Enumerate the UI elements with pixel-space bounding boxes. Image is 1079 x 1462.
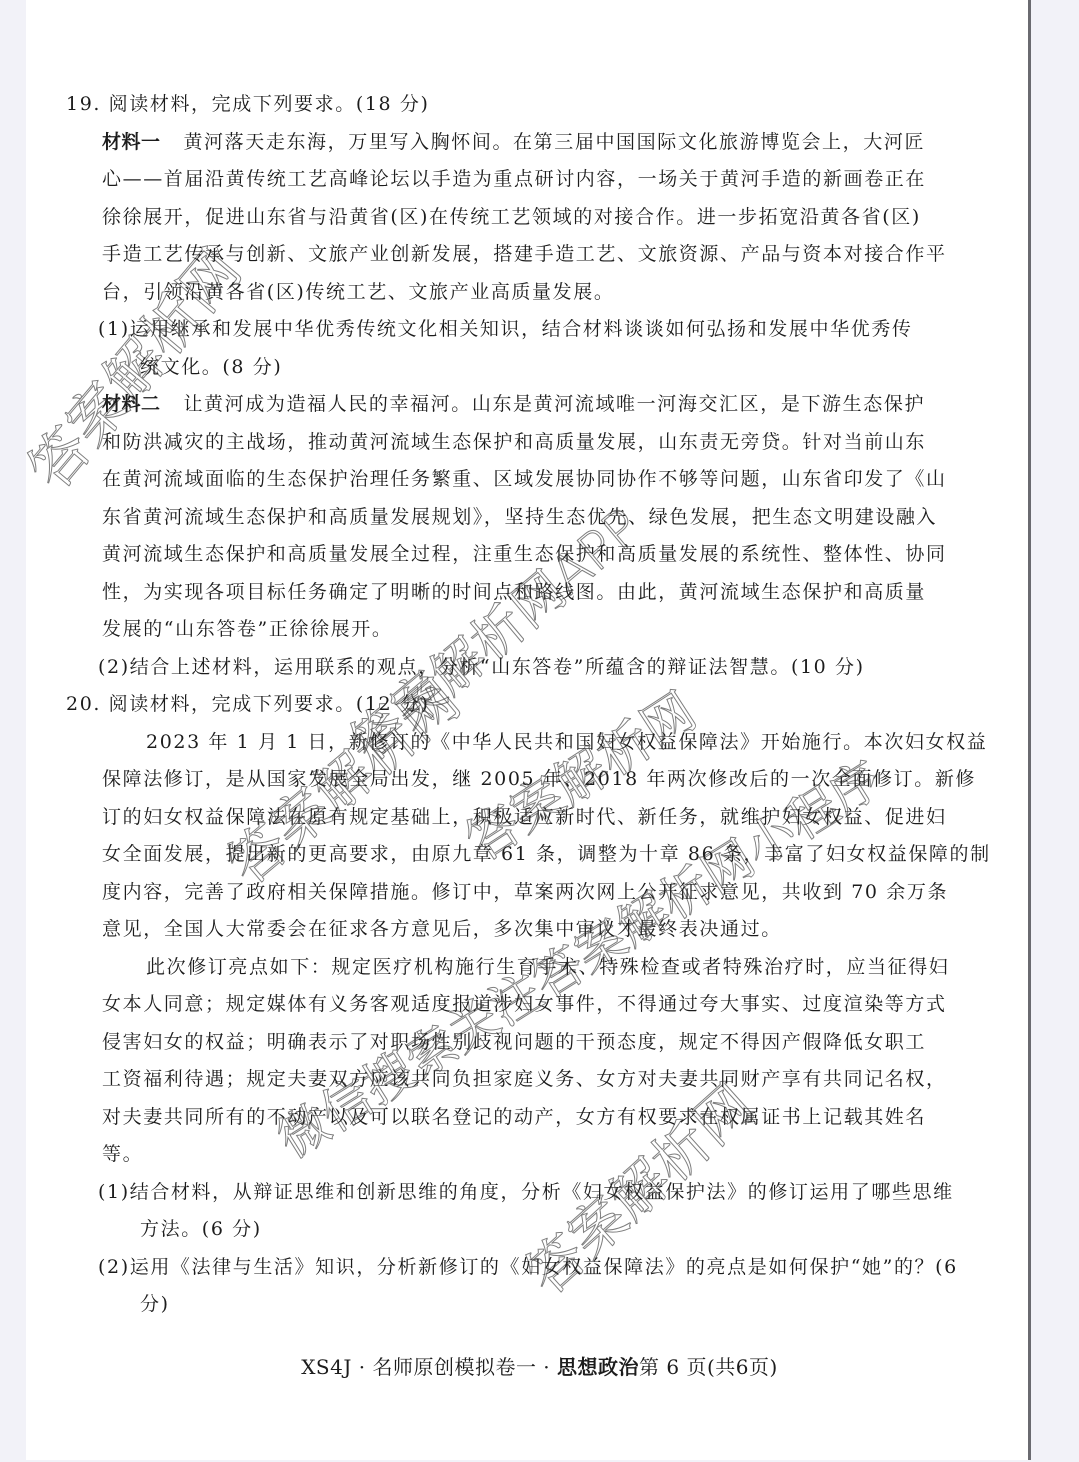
exam-series: 名师原创模拟卷一 xyxy=(372,1355,536,1379)
material-2-line: 发展的“山东答卷”正徐徐展开。 xyxy=(102,611,974,649)
question-20-sub-1: (1)结合材料，从辩证思维和创新思维的角度，分析《妇女权益保护法》的修订运用了哪… xyxy=(74,1174,974,1249)
exam-subject: 思想政治 xyxy=(557,1355,639,1379)
material-2-line: 在黄河流域面临的生态保护治理任务繁重、区域发展协同协作不够等问题，山东省印发了《… xyxy=(102,461,974,499)
question-20-paragraph-1: 2023 年 1 月 1 日，新修订的《中华人民共和国妇女权益保障法》开始施行。… xyxy=(74,724,974,949)
material-1: 材料一 黄河落天走东海，万里写入胸怀间。在第三届中国国际文化旅游博览会上，大河匠… xyxy=(74,124,974,312)
question-19: 19. 阅读材料，完成下列要求。(18 分) 材料一 黄河落天走东海，万里写入胸… xyxy=(74,86,974,686)
material-1-line: 台，引领沿黄各省(区)传统工艺、文旅产业高质量发展。 xyxy=(102,274,974,312)
question-19-sub-1: (1)运用继承和发展中华优秀传统文化相关知识，结合材料谈谈如何弘扬和发展中华优秀… xyxy=(74,311,974,386)
paragraph-line: 等。 xyxy=(102,1136,974,1174)
footer-separator: · xyxy=(352,1355,373,1379)
exam-code: XS4J xyxy=(301,1355,352,1379)
question-19-sub-2: (2)结合上述材料，运用联系的观点，分析“山东答卷”所蕴含的辩证法智慧。(10 … xyxy=(74,649,974,687)
material-1-line: 心——首届沿黄传统工艺高峰论坛以手造为重点研讨内容，一场关于黄河手造的新画卷正在 xyxy=(102,161,974,199)
paragraph-line: 侵害妇女的权益；明确表示了对职场性别歧视问题的干预态度，规定不得因产假降低女职工 xyxy=(102,1024,974,1062)
question-20-sub-2: (2)运用《法律与生活》知识，分析新修订的《妇女权益保障法》的亮点是如何保护“她… xyxy=(74,1249,974,1324)
paragraph-line: 意见，全国人大常委会在征求各方意见后，多次集中审议才最终表决通过。 xyxy=(102,911,974,949)
paragraph-line: 女本人同意；规定媒体有义务客观适度报道涉妇女事件，不得通过夸大事实、过度渲染等方… xyxy=(102,986,974,1024)
footer-separator: · xyxy=(536,1355,557,1379)
question-20: 20. 阅读材料，完成下列要求。(12 分) 2023 年 1 月 1 日，新修… xyxy=(74,686,974,1324)
material-2-line: 东省黄河流域生态保护和高质量发展规划》，坚持生态优先、绿色发展，把生态文明建设融… xyxy=(102,499,974,537)
material-1-line: 手造工艺传承与创新、文旅产业创新发展，搭建手造工艺、文旅资源、产品与资本对接合作… xyxy=(102,236,974,274)
paragraph-line: 工资福利待遇；规定夫妻双方应该共同负担家庭义务、女方对夫妻共同财产享有共同记名权… xyxy=(102,1061,974,1099)
sub-question-line: (1)结合材料，从辩证思维和创新思维的角度，分析《妇女权益保护法》的修订运用了哪… xyxy=(98,1174,974,1212)
sub-question-line: 分) xyxy=(102,1286,974,1324)
material-1-label: 材料一 xyxy=(102,131,161,153)
question-20-title: 20. 阅读材料，完成下列要求。(12 分) xyxy=(66,686,974,724)
material-2-label: 材料二 xyxy=(102,393,161,415)
sub-question-line: (2)运用《法律与生活》知识，分析新修订的《妇女权益保障法》的亮点是如何保护“她… xyxy=(98,1249,974,1287)
sub-question-line: (2)结合上述材料，运用联系的观点，分析“山东答卷”所蕴含的辩证法智慧。(10 … xyxy=(98,649,974,687)
page-footer: XS4J · 名师原创模拟卷一 · 思想政治第 6 页(共6页) xyxy=(0,1351,1079,1380)
question-20-paragraph-2: 此次修订亮点如下：规定医疗机构施行生育手术、特殊检查或者特殊治疗时，应当征得妇 … xyxy=(74,949,974,1174)
material-1-line: 黄河落天走东海，万里写入胸怀间。在第三届中国国际文化旅游博览会上，大河匠 xyxy=(183,131,925,153)
exam-content: 19. 阅读材料，完成下列要求。(18 分) 材料一 黄河落天走东海，万里写入胸… xyxy=(74,86,974,1324)
sub-question-line: 方法。(6 分) xyxy=(102,1211,974,1249)
sub-question-line: (1)运用继承和发展中华优秀传统文化相关知识，结合材料谈谈如何弘扬和发展中华优秀… xyxy=(98,311,974,349)
paragraph-line: 对夫妻共同所有的不动产以及可以联名登记的动产，女方有权要求在权属证书上记载其姓名 xyxy=(102,1099,974,1137)
page-number: 第 6 页(共6页) xyxy=(639,1355,778,1379)
sub-question-line: 统文化。(8 分) xyxy=(102,349,974,387)
paragraph-line: 2023 年 1 月 1 日，新修订的《中华人民共和国妇女权益保障法》开始施行。… xyxy=(102,724,974,762)
paragraph-line: 此次修订亮点如下：规定医疗机构施行生育手术、特殊检查或者特殊治疗时，应当征得妇 xyxy=(102,949,974,987)
material-2-line: 黄河流域生态保护和高质量发展全过程，注重生态保护和高质量发展的系统性、整体性、协… xyxy=(102,536,974,574)
paragraph-line: 度内容，完善了政府相关保障措施。修订中，草案两次网上公开征求意见，共收到 70 … xyxy=(102,874,974,912)
material-1-line: 徐徐展开，促进山东省与沿黄省(区)在传统工艺领域的对接合作。进一步拓宽沿黄各省(… xyxy=(102,199,974,237)
material-2-line: 性，为实现各项目标任务确定了明晰的时间点和路线图。由此，黄河流域生态保护和高质量 xyxy=(102,574,974,612)
page-edge xyxy=(1028,0,1031,1460)
paragraph-line: 订的妇女权益保障法在原有规定基础上，积极适应新时代、新任务，就维护妇女权益、促进… xyxy=(102,799,974,837)
material-2-line: 让黄河成为造福人民的幸福河。山东是黄河流域唯一河海交汇区，是下游生态保护 xyxy=(183,393,925,415)
paragraph-line: 女全面发展，提出新的更高要求，由原九章 61 条，调整为十章 86 条，丰富了妇… xyxy=(102,836,974,874)
paragraph-line: 保障法修订，是从国家发展全局出发，继 2005 年、2018 年两次修改后的一次… xyxy=(102,761,974,799)
material-2-line: 和防洪减灾的主战场，推动黄河流域生态保护和高质量发展，山东责无旁贷。针对当前山东 xyxy=(102,424,974,462)
question-19-title: 19. 阅读材料，完成下列要求。(18 分) xyxy=(66,86,974,124)
material-2: 材料二 让黄河成为造福人民的幸福河。山东是黄河流域唯一河海交汇区，是下游生态保护… xyxy=(74,386,974,649)
